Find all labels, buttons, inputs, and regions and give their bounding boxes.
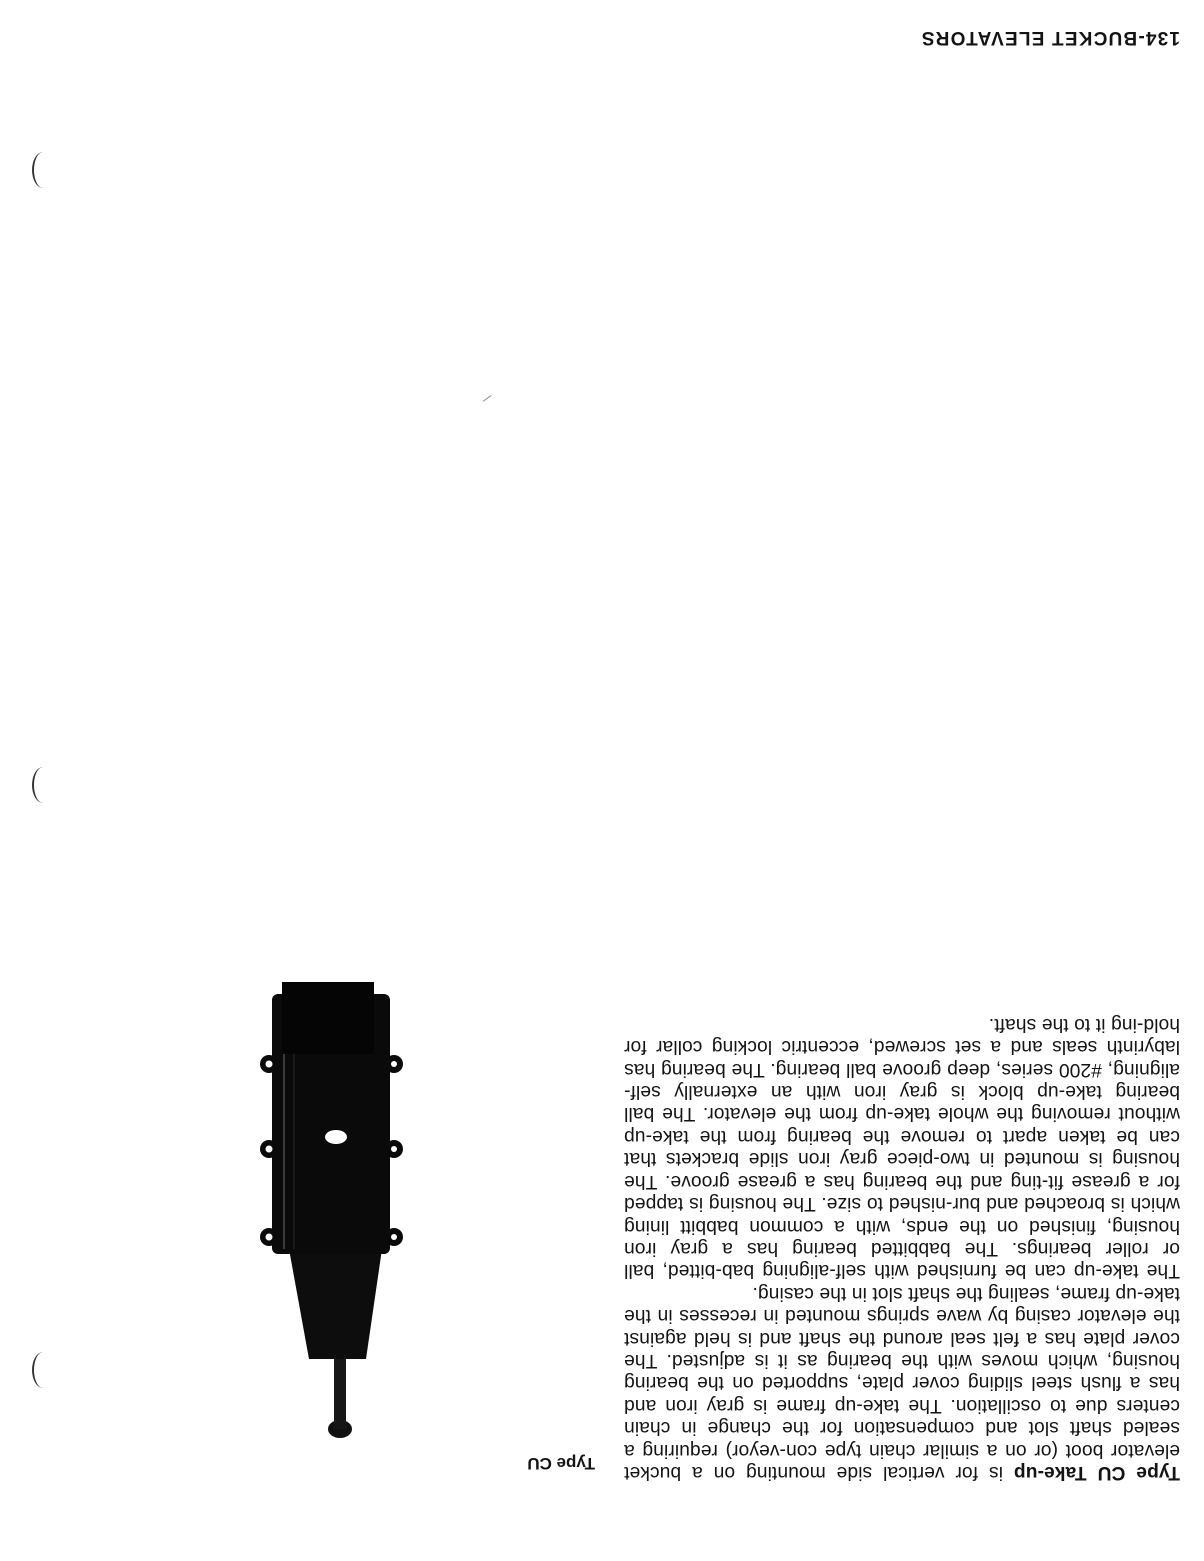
- paragraph-1-text: is for vertical side mounting on a bucke…: [624, 1283, 1180, 1483]
- page-footer: 134-BUCKET ELEVATORS: [921, 26, 1180, 48]
- paragraph-2: The take-up can be furnished with self-a…: [624, 1012, 1180, 1281]
- binder-punch-hole-icon: [32, 767, 54, 803]
- scanned-page: Type CU Take-up is for vertical side mou…: [0, 0, 1204, 1561]
- binder-punch-hole-icon: [32, 152, 54, 188]
- lead-heading: Type CU Take-up: [1014, 1462, 1180, 1483]
- figure-caption: Type CU: [527, 1453, 595, 1473]
- scan-speck: [483, 395, 492, 402]
- take-up-illustration-icon: [254, 979, 404, 1449]
- article-body: Type CU Take-up is for vertical side mou…: [624, 1012, 1180, 1483]
- paragraph-1: Type CU Take-up is for vertical side mou…: [624, 1281, 1180, 1483]
- binder-punch-hole-icon: [32, 1352, 54, 1388]
- take-up-photo: [254, 979, 404, 1449]
